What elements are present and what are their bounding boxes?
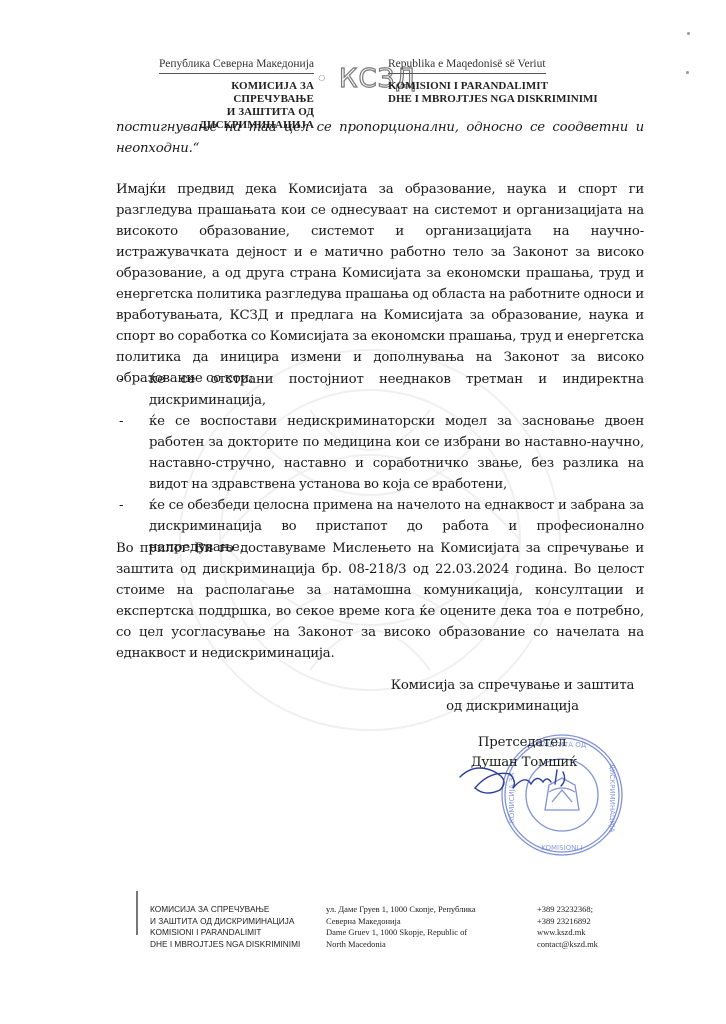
scan-artifact bbox=[687, 32, 690, 35]
signature-org: Комисија за спречување и заштита од диск… bbox=[385, 675, 640, 717]
header-right: Republika e Maqedonisë së Veriut KOMISIO… bbox=[388, 52, 608, 106]
handwritten-signature-icon bbox=[455, 752, 585, 802]
header-country-al: Republika e Maqedonisë së Veriut bbox=[388, 58, 546, 74]
footer-org: КОМИСИЈА ЗА СПРЕЧУВАЊЕ И ЗАШТИТА ОД ДИСК… bbox=[150, 904, 300, 950]
svg-text:ДИСКРИМИНАЦИЈА: ДИСКРИМИНАЦИЈА bbox=[608, 764, 616, 833]
header-country-mk: Република Северна Македонија bbox=[159, 58, 314, 74]
quote-ending: постигнување на таа цел се пропорционалн… bbox=[116, 117, 644, 159]
signatory-title: Претседател bbox=[472, 732, 572, 753]
list-item: - ќе се отстрани постојниот нееднаков тр… bbox=[116, 369, 644, 411]
document-page: Република Северна Македонија КОМИСИЈА ЗА… bbox=[0, 0, 726, 1024]
proposal-list: - ќе се отстрани постојниот нееднаков тр… bbox=[116, 369, 644, 558]
kszd-logo-icon bbox=[318, 60, 340, 96]
footer-phone-1: +389 23232368; bbox=[537, 904, 598, 916]
footer-phone-2: +389 23216892 bbox=[537, 916, 598, 928]
footer-divider bbox=[136, 891, 138, 935]
paragraph-proposal: Имајќи предвид дека Комисијата за образо… bbox=[116, 179, 644, 389]
footer-email-link[interactable]: contact@kszd.mk bbox=[537, 939, 598, 951]
svg-text:KOMISIONI I: KOMISIONI I bbox=[541, 844, 582, 852]
scan-artifact bbox=[686, 71, 689, 74]
header-org-al: KOMISIONI I PARANDALIMIT DHE I MBROJTJES… bbox=[388, 80, 608, 106]
footer-contact: +389 23232368; +389 23216892 www.kszd.mk… bbox=[537, 904, 598, 950]
footer-address: ул. Даме Груев 1, 1000 Скопје, Република… bbox=[326, 904, 501, 950]
list-item: - ќе се воспостави недискриминаторски мо… bbox=[116, 411, 644, 495]
paragraph-attachment: Во прилог Ви го доставуваме Мислењето на… bbox=[116, 538, 644, 664]
footer-website-link[interactable]: www.kszd.mk bbox=[537, 927, 598, 939]
